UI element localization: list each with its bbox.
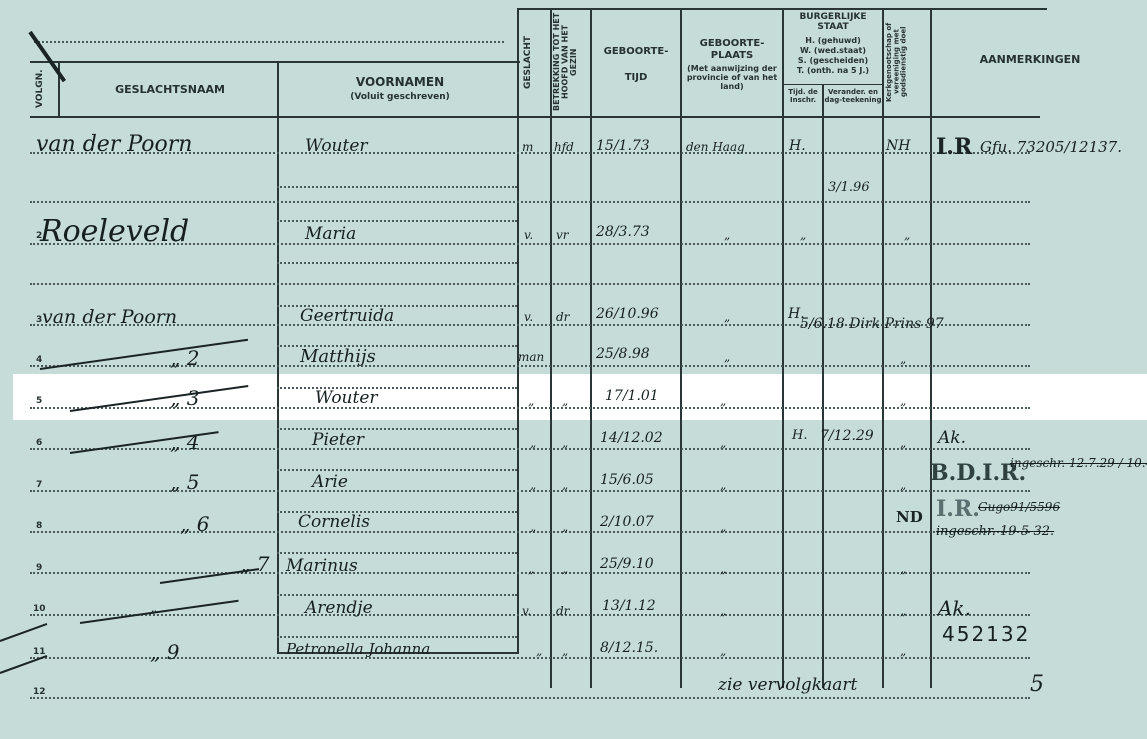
- row-subrule: [277, 220, 517, 222]
- col-divider: [882, 8, 884, 688]
- row-subrule: [277, 594, 517, 596]
- ditto-stroke: [80, 600, 239, 624]
- surname: „ 6: [180, 512, 209, 536]
- row-number: 12: [33, 687, 46, 697]
- relation: dr: [556, 604, 569, 618]
- birth-date: 17/1.01: [605, 388, 659, 404]
- sex: v.: [524, 228, 533, 242]
- header-voornamen-sub: (Voluit geschreven): [290, 92, 510, 102]
- remarks-struck: ingeschr. 12.7.29 / 10.4.64: [1010, 456, 1147, 470]
- remarks: I.R: [936, 134, 972, 160]
- header-bs-h: H. (gehuwd): [786, 36, 880, 45]
- birth-date: 13/1.12: [602, 598, 656, 614]
- birth-place: „: [724, 228, 730, 242]
- relation: „: [562, 520, 568, 534]
- row-number: 4: [36, 355, 42, 365]
- footer-note: zie vervolgkaart: [718, 675, 857, 695]
- relation: „: [562, 562, 568, 576]
- sex: v.: [522, 604, 531, 618]
- relation: „: [562, 436, 568, 450]
- margin-stroke: [0, 655, 47, 674]
- church: „: [900, 644, 906, 658]
- birth-place: „: [720, 394, 726, 408]
- birth-date: 15/1.73: [596, 138, 650, 154]
- header-betrekking: BETREKKING TOT HET HOOFD VAN HET GEZIN: [553, 12, 587, 112]
- col-divider: [590, 8, 592, 688]
- church: „: [900, 436, 906, 450]
- header-geboorteplaats-2: PLAATS: [684, 50, 780, 62]
- top-dotted-line: [34, 41, 504, 43]
- civil-status: H.: [792, 428, 807, 443]
- sex: v.: [524, 310, 533, 324]
- surname: „ 9: [150, 640, 179, 664]
- col-divider: [930, 8, 932, 688]
- remarks-struck: Gugo91/5596: [978, 500, 1060, 514]
- birth-date: 2/10.07: [600, 514, 654, 530]
- row-subrule: [277, 262, 517, 264]
- header-voornamen: VOORNAMEN: [290, 76, 510, 90]
- header-geslacht: GESLACHT: [524, 14, 544, 112]
- row-rule: [30, 697, 1030, 699]
- birth-place: „: [720, 436, 726, 450]
- relation: „: [562, 478, 568, 492]
- birth-place: „: [720, 562, 726, 576]
- church: „: [900, 394, 906, 408]
- row-subrule: [277, 387, 517, 389]
- birth-place: den Haag: [686, 140, 745, 154]
- col-divider: [517, 8, 519, 652]
- col-divider: [277, 62, 279, 652]
- church: „: [900, 562, 906, 576]
- family-register-card: VOLGN. GESLACHTSNAAM VOORNAMEN (Voluit g…: [0, 0, 1147, 739]
- birth-date: 14/12.02: [600, 430, 663, 446]
- row-subrule: [277, 186, 517, 188]
- header-geboorteplaats-sub: (Met aanwijzing der provincie of van het…: [686, 64, 778, 92]
- header-bottom-rule: [30, 116, 1040, 118]
- sex: „: [536, 644, 542, 658]
- header-bs-verander: Verander. en dag-teekening: [824, 88, 882, 104]
- remarks: Ak.: [938, 428, 966, 448]
- birth-date: 8/12.15.: [600, 640, 658, 656]
- birth-place: „: [720, 644, 726, 658]
- row-number: 9: [36, 563, 42, 573]
- stamp-number: 452132: [942, 622, 1030, 646]
- header-volgn: VOLGN.: [36, 66, 54, 112]
- col-divider: [822, 85, 824, 688]
- given-name: Wouter: [315, 388, 378, 408]
- remarks-text: Gfu. 73205/12137.: [980, 138, 1122, 156]
- ditto-stroke: [160, 568, 259, 584]
- church: „: [900, 478, 906, 492]
- relation: vr: [556, 228, 569, 242]
- given-name: Matthijs: [300, 346, 376, 367]
- col-divider: [680, 8, 682, 688]
- margin-stroke: [0, 623, 47, 642]
- row-subrule: [277, 469, 517, 471]
- birth-date: 15/6.05: [600, 472, 654, 488]
- stamp-ir: I.R: [936, 134, 972, 160]
- birth-date: 25/8.98: [596, 346, 650, 362]
- row-number: 5: [36, 396, 42, 406]
- header-bs-w: W. (wed.staat): [786, 46, 880, 55]
- civil-change: 3/1.96: [828, 180, 870, 195]
- church: „: [900, 352, 906, 366]
- header-geboortetijd-1: GEBOORTE-: [592, 46, 680, 58]
- given-name: Petronella Johanna: [286, 640, 430, 658]
- relation: dr: [556, 310, 569, 324]
- sex: „: [528, 394, 534, 408]
- sex: man: [518, 350, 544, 364]
- header-geboorteplaats-1: GEBOORTE-: [684, 38, 780, 50]
- row-number: 7: [36, 480, 42, 490]
- given-name: Arie: [312, 472, 348, 492]
- given-name: Geertruida: [300, 306, 394, 326]
- civil-status: H.: [789, 138, 806, 154]
- given-name: Maria: [305, 224, 356, 244]
- row-number: 6: [36, 438, 42, 448]
- birth-date: 28/3.73: [596, 224, 650, 240]
- given-name: Marinus: [286, 556, 358, 576]
- row-subrule: [277, 552, 517, 554]
- header-burgerlijke-staat: BURGERLIJKE STAAT: [786, 12, 880, 33]
- surname: Roeleveld: [40, 214, 189, 249]
- sex: m: [522, 140, 533, 154]
- surname: „ 3: [170, 386, 199, 410]
- footer-number: 5: [1030, 672, 1044, 697]
- surname: van der Poorn: [36, 132, 192, 157]
- stamp-nd: ND: [896, 508, 923, 526]
- header-kerkgenootschap: Kerkgenootschap of vereeniging met godsd…: [886, 12, 928, 112]
- header-top-rule-left: [30, 61, 520, 63]
- surname: van der Poorn: [42, 306, 177, 328]
- row-subrule: [277, 636, 517, 638]
- sex: „: [530, 436, 536, 450]
- remarks: ingeschr. 19-5-32.: [936, 524, 1054, 539]
- civil-change: 7/12.29: [820, 428, 874, 444]
- header-bs-t: T. (onth. na 5 J.): [786, 66, 880, 75]
- relation: hfd: [554, 140, 574, 154]
- header-aanmerkingen: AANMERKINGEN: [940, 54, 1120, 67]
- header-bs-s: S. (gescheiden): [786, 56, 880, 65]
- bs-sub-rule: [782, 84, 882, 85]
- remarks: Ak.: [938, 596, 971, 620]
- row-rule: [30, 283, 1030, 285]
- church: „: [900, 604, 906, 618]
- church: „: [904, 228, 910, 242]
- sex: „: [530, 478, 536, 492]
- given-name: Wouter: [305, 136, 368, 156]
- birth-place: „: [720, 478, 726, 492]
- birth-place: „: [720, 604, 726, 618]
- header-bs-tijd: Tijd. de Inschr.: [784, 88, 822, 104]
- civil-change: 5/6.18 Dirk Prins 97: [800, 316, 944, 332]
- header-geslachtsnaam: GESLACHTSNAAM: [70, 84, 270, 97]
- sex: „: [528, 562, 534, 576]
- birth-place: „: [724, 350, 730, 364]
- relation: „: [562, 394, 568, 408]
- relation: „: [562, 644, 568, 658]
- birth-date: 26/10.96: [596, 306, 659, 322]
- birth-place: „: [724, 310, 730, 324]
- birth-place: „: [720, 520, 726, 534]
- civil-status: „: [800, 228, 806, 242]
- surname: „ 5: [170, 470, 199, 494]
- header-geboortetijd-2: TIJD: [592, 72, 680, 84]
- row-number: 10: [33, 604, 46, 614]
- row-rule: [30, 201, 1030, 203]
- row-rule: [30, 657, 1030, 659]
- given-name: Cornelis: [298, 512, 370, 532]
- surname: „ 7: [240, 552, 269, 576]
- birth-date: 25/9.10: [600, 556, 654, 572]
- stamp-ir: I.R.: [936, 496, 980, 522]
- given-name: Arendje: [305, 598, 373, 618]
- given-name: Pieter: [312, 430, 364, 450]
- sex: „: [530, 520, 536, 534]
- church: NH: [886, 138, 910, 154]
- row-number: 8: [36, 521, 42, 531]
- col-divider: [782, 8, 784, 688]
